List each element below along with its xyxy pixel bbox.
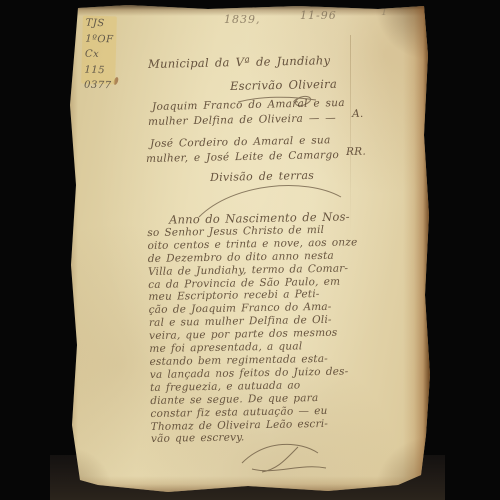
fold-crease — [350, 35, 351, 235]
plaintiff-name-line-1: Joaquim Franco do Amaral e sua — [152, 97, 345, 113]
year-annotation: 1839, — [224, 13, 261, 26]
case-title: Divisão de terras — [210, 169, 314, 184]
catalog-label: TJS 1ºOF Cx 115 0377 — [81, 16, 117, 85]
catalog-note-line: 0377 — [81, 78, 115, 94]
catalog-note-line: Cx 115 — [81, 47, 116, 79]
reference-number-annotation: 11-96 — [300, 9, 337, 22]
defendant-name-line-1: José Cordeiro do Amaral e sua — [150, 134, 331, 150]
defendant-name-line-2: mulher, e José Leite de Camargo — [146, 149, 339, 165]
page-number-annotation: 1 — [381, 7, 387, 18]
closing-flourish — [238, 445, 333, 475]
catalog-note-line: 1ºOF — [82, 31, 116, 47]
manuscript-body: Anno do Nascimento de Nos- so Senhor Jes… — [147, 210, 403, 447]
manuscript-page: TJS 1ºOF Cx 115 0377 1839, 11-96 1 Munic… — [68, 5, 430, 492]
plaintiff-name-line-2: mulher Delfina de Oliveira — — — [148, 112, 336, 128]
photograph-background: TJS 1ºOF Cx 115 0377 1839, 11-96 1 Munic… — [0, 0, 500, 500]
court-header: Municipal da Vª de Jundiahy — [148, 53, 331, 71]
clerk-signature-line: Escrivão Oliveira — [230, 77, 337, 93]
plaintiff-margin-mark: A. — [352, 108, 364, 120]
catalog-note-line: TJS — [82, 16, 116, 32]
defendant-margin-mark: RR. — [346, 146, 366, 158]
